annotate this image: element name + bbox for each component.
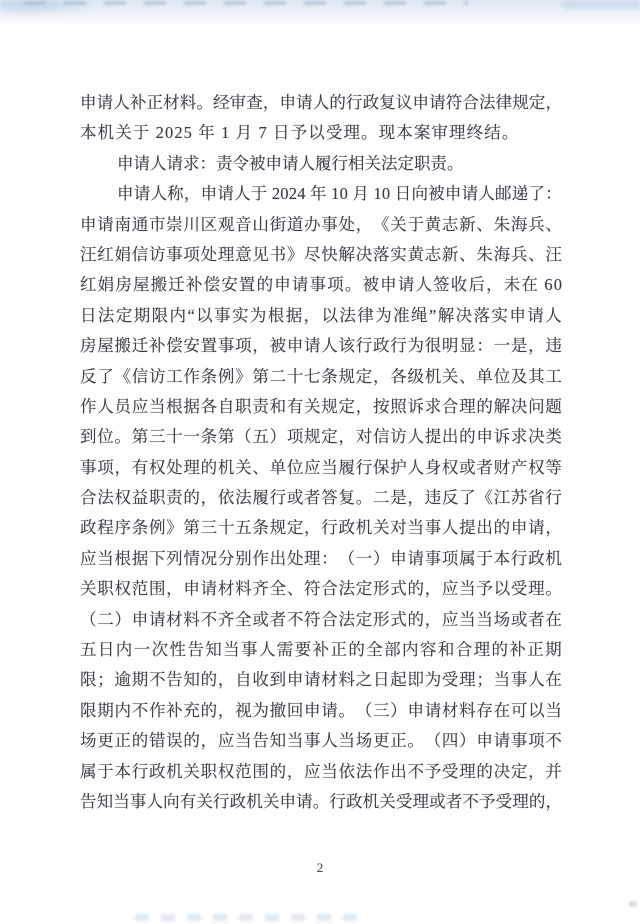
document-line: 到位。第三十一条第（五）项规定，对信访人提出的申诉求决类 — [80, 422, 562, 452]
paper-background: 申请人补正材料。经审查，申请人的行政复议申请符合法律规定， 本机关于 2025 … — [0, 0, 640, 924]
scan-artifact-bottom-bleedthrough — [135, 914, 367, 921]
scanned-document-page: { "document": { "lines": [ { "text": "申请… — [0, 0, 640, 924]
document-line: （二）申请材料不齐全或者不符合法定形式的，应当当场或者在 — [80, 605, 562, 635]
document-line: 反了《信访工作条例》第二十七条规定，各级机关、单位及其工 — [80, 362, 562, 392]
document-line: 事项，有权处理的机关、单位应当履行保护人身权或者财产权等 — [80, 453, 562, 483]
document-line: 作人员应当根据各自职责和有关规定，按照诉求合理的解决问题 — [80, 392, 562, 422]
document-line: 属于本行政机关职权范围的，应当依法作出不予受理的决定，并 — [80, 757, 562, 787]
document-line: 房屋搬迁补偿安置事项，被申请人该行政行为很明显：一是，违 — [80, 331, 562, 361]
document-line: 合法权益职责的，依法履行或者答复。二是，违反了《江苏省行 — [80, 483, 562, 513]
document-line: 场更正的错误的，应当告知当事人当场更正。（四）申请事项不 — [80, 726, 562, 756]
document-line: 汪红娟信访事项处理意见书》尽快解决落实黄志新、朱海兵、汪 — [80, 240, 562, 270]
document-line: 限期内不作补充的，视为撤回申请。（三）申请材料存在可以当 — [80, 696, 562, 726]
document-line: 申请人补正材料。经审查，申请人的行政复议申请符合法律规定， — [80, 88, 562, 118]
page-number: 2 — [0, 860, 640, 876]
document-line: 告知当事人向有关行政机关申请。行政机关受理或者不予受理的， — [80, 787, 562, 817]
scan-artifact-top-right-streak — [562, 0, 640, 9]
document-line: 限；逾期不告知的，自收到申请材料之日起即为受理；当事人在 — [80, 665, 562, 695]
document-line: 应当根据下列情况分别作出处理：（一）申请事项属于本行政机 — [80, 544, 562, 574]
document-line: 日法定期限内“以事实为根据，以法律为准绳”解决落实申请人 — [80, 301, 562, 331]
document-line: 五日内一次性告知当事人需要补正的全部内容和合理的补正期 — [80, 635, 562, 665]
document-line: 本机关于 2025 年 1 月 7 日予以受理。现本案审理终结。 — [80, 118, 562, 148]
document-line-request: 申请人请求：责令被申请人履行相关法定职责。 — [80, 149, 562, 179]
document-line: 红娟房屋搬迁补偿安置的申请事项。被申请人签收后，未在 60 — [80, 270, 562, 300]
document-line: 申请南通市崇川区观音山街道办事处，《关于黄志新、朱海兵、 — [80, 210, 562, 240]
document-line: 政程序条例》第三十五条规定，行政机关对当事人提出的申请， — [80, 513, 562, 543]
document-text-block: 申请人补正材料。经审查，申请人的行政复议申请符合法律规定， 本机关于 2025 … — [80, 88, 562, 817]
scan-artifact-right-speck — [629, 901, 637, 907]
scan-artifact-top-left-patch — [0, 0, 100, 16]
document-line: 申请人称，申请人于 2024 年 10 月 10 日向被申请人邮递了： — [80, 179, 562, 209]
document-line: 关职权范围，申请材料齐全、符合法定形式的，应当予以受理。 — [80, 574, 562, 604]
